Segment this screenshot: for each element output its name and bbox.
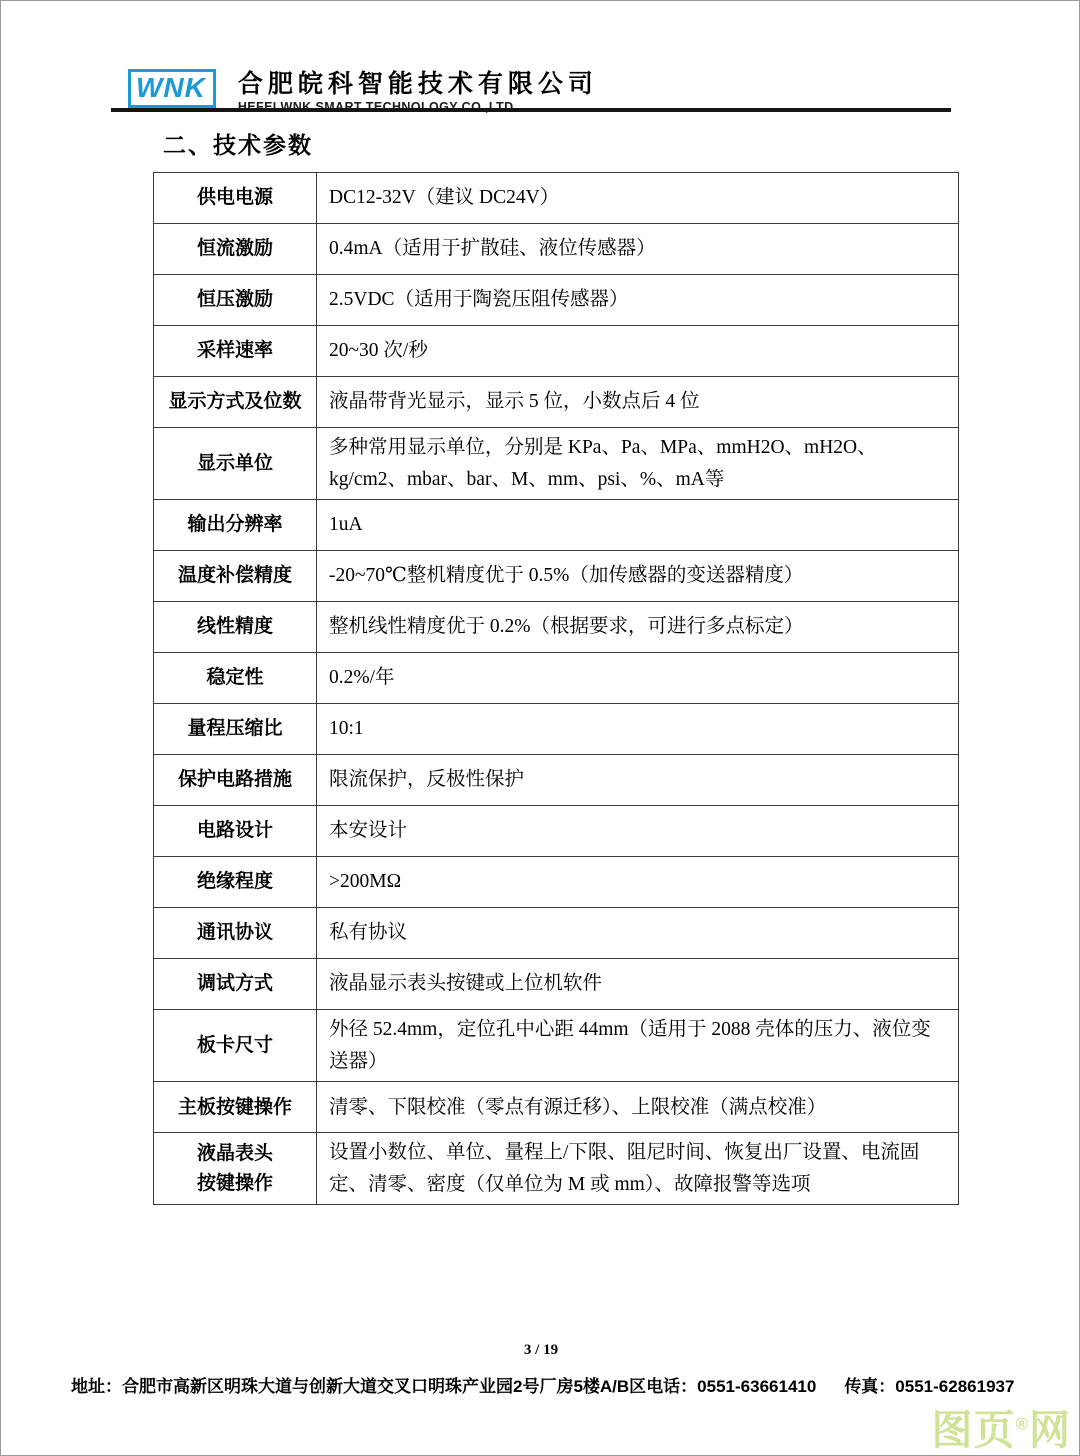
param-name: 显示方式及位数 — [154, 377, 317, 428]
table-row: 保护电路措施 限流保护，反极性保护 — [154, 755, 959, 806]
param-name: 通讯协议 — [154, 908, 317, 959]
param-value: 整机线性精度优于 0.2%（根据要求，可进行多点标定） — [317, 602, 959, 653]
footer-phone: 电话：0551-63661410 — [646, 1372, 816, 1397]
param-value: 10:1 — [317, 704, 959, 755]
table-row: 板卡尺寸 外径 52.4mm，定位孔中心距 44mm（适用于 2088 壳体的压… — [154, 1010, 959, 1082]
param-value: 清零、下限校准（零点有源迁移）、上限校准（满点校准） — [317, 1082, 959, 1133]
param-name: 稳定性 — [154, 653, 317, 704]
table-row: 液晶表头 按键操作 设置小数位、单位、量程上/下限、阻尼时间、恢复出厂设置、电流… — [154, 1133, 959, 1205]
param-value: DC12-32V（建议 DC24V） — [317, 173, 959, 224]
table-row: 显示方式及位数 液晶带背光显示，显示 5 位，小数点后 4 位 — [154, 377, 959, 428]
param-value: 2.5VDC（适用于陶瓷压阻传感器） — [317, 275, 959, 326]
param-value: 20~30 次/秒 — [317, 326, 959, 377]
table-row: 通讯协议 私有协议 — [154, 908, 959, 959]
param-value: 液晶显示表头按键或上位机软件 — [317, 959, 959, 1010]
param-value: 0.2%/年 — [317, 653, 959, 704]
document-page: WNK 合肥皖科智能技术有限公司 HEFEI WNK SMART TECHNOL… — [0, 0, 1080, 1456]
param-value: 0.4mA（适用于扩散硅、液位传感器） — [317, 224, 959, 275]
registered-trademark-icon: ® — [1015, 1414, 1029, 1433]
param-name: 保护电路措施 — [154, 755, 317, 806]
param-value: 限流保护，反极性保护 — [317, 755, 959, 806]
param-value: >200MΩ — [317, 857, 959, 908]
param-name: 主板按键操作 — [154, 1082, 317, 1133]
param-name: 绝缘程度 — [154, 857, 317, 908]
footer-contact: 电话：0551-63661410 传真：0551-62861937 — [646, 1372, 1014, 1397]
param-name: 温度补偿精度 — [154, 551, 317, 602]
param-value: 1uA — [317, 500, 959, 551]
param-name: 板卡尺寸 — [154, 1010, 317, 1082]
wnk-logo: WNK — [128, 69, 216, 108]
table-row: 显示单位 多种常用显示单位，分别是 KPa、Pa、MPa、mmH2O、mH2O、… — [154, 428, 959, 500]
param-name: 恒压激励 — [154, 275, 317, 326]
spec-table: 供电电源 DC12-32V（建议 DC24V） 恒流激励 0.4mA（适用于扩散… — [153, 172, 959, 1205]
table-row: 主板按键操作 清零、下限校准（零点有源迁移）、上限校准（满点校准） — [154, 1082, 959, 1133]
table-row: 恒流激励 0.4mA（适用于扩散硅、液位传感器） — [154, 224, 959, 275]
spec-table-body: 供电电源 DC12-32V（建议 DC24V） 恒流激励 0.4mA（适用于扩散… — [154, 173, 959, 1205]
table-row: 量程压缩比 10:1 — [154, 704, 959, 755]
param-name: 量程压缩比 — [154, 704, 317, 755]
param-name: 显示单位 — [154, 428, 317, 500]
param-name: 调试方式 — [154, 959, 317, 1010]
footer-fax: 传真：0551-62861937 — [844, 1372, 1014, 1397]
company-name-cn: 合肥皖科智能技术有限公司 — [238, 69, 598, 96]
param-name: 输出分辨率 — [154, 500, 317, 551]
watermark-text-right: 网 — [1029, 1407, 1071, 1453]
param-value: 外径 52.4mm，定位孔中心距 44mm（适用于 2088 壳体的压力、液位变… — [317, 1010, 959, 1082]
param-value: 设置小数位、单位、量程上/下限、阻尼时间、恢复出厂设置、电流固定、清零、密度（仅… — [317, 1133, 959, 1205]
table-row: 恒压激励 2.5VDC（适用于陶瓷压阻传感器） — [154, 275, 959, 326]
param-name: 线性精度 — [154, 602, 317, 653]
footer-address: 地址：合肥市高新区明珠大道与创新大道交叉口明珠产业园2号厂房5楼A/B区 — [71, 1372, 646, 1397]
param-name: 液晶表头 按键操作 — [154, 1133, 317, 1205]
watermark-logo: 图页®网 — [931, 1408, 1071, 1453]
table-row: 调试方式 液晶显示表头按键或上位机软件 — [154, 959, 959, 1010]
footer: 地址：合肥市高新区明珠大道与创新大道交叉口明珠产业园2号厂房5楼A/B区 电话：… — [71, 1372, 1014, 1397]
table-row: 绝缘程度 >200MΩ — [154, 857, 959, 908]
wnk-logo-text: WNK — [136, 72, 206, 103]
param-value: 私有协议 — [317, 908, 959, 959]
param-value: 多种常用显示单位，分别是 KPa、Pa、MPa、mmH2O、mH2O、kg/cm… — [317, 428, 959, 500]
param-name: 恒流激励 — [154, 224, 317, 275]
param-value: 液晶带背光显示，显示 5 位，小数点后 4 位 — [317, 377, 959, 428]
param-value: -20~70℃整机精度优于 0.5%（加传感器的变送器精度） — [317, 551, 959, 602]
table-row: 采样速率 20~30 次/秒 — [154, 326, 959, 377]
section-title: 二、技术参数 — [163, 127, 313, 160]
header-divider — [111, 108, 951, 112]
table-row: 线性精度 整机线性精度优于 0.2%（根据要求，可进行多点标定） — [154, 602, 959, 653]
table-row: 稳定性 0.2%/年 — [154, 653, 959, 704]
table-row: 温度补偿精度 -20~70℃整机精度优于 0.5%（加传感器的变送器精度） — [154, 551, 959, 602]
table-row: 输出分辨率 1uA — [154, 500, 959, 551]
table-row: 电路设计 本安设计 — [154, 806, 959, 857]
watermark-text-left: 图页 — [931, 1407, 1015, 1453]
page-number: 3 / 19 — [1, 1342, 1080, 1359]
param-value: 本安设计 — [317, 806, 959, 857]
param-name: 电路设计 — [154, 806, 317, 857]
param-name: 采样速率 — [154, 326, 317, 377]
param-name: 供电电源 — [154, 173, 317, 224]
table-row: 供电电源 DC12-32V（建议 DC24V） — [154, 173, 959, 224]
